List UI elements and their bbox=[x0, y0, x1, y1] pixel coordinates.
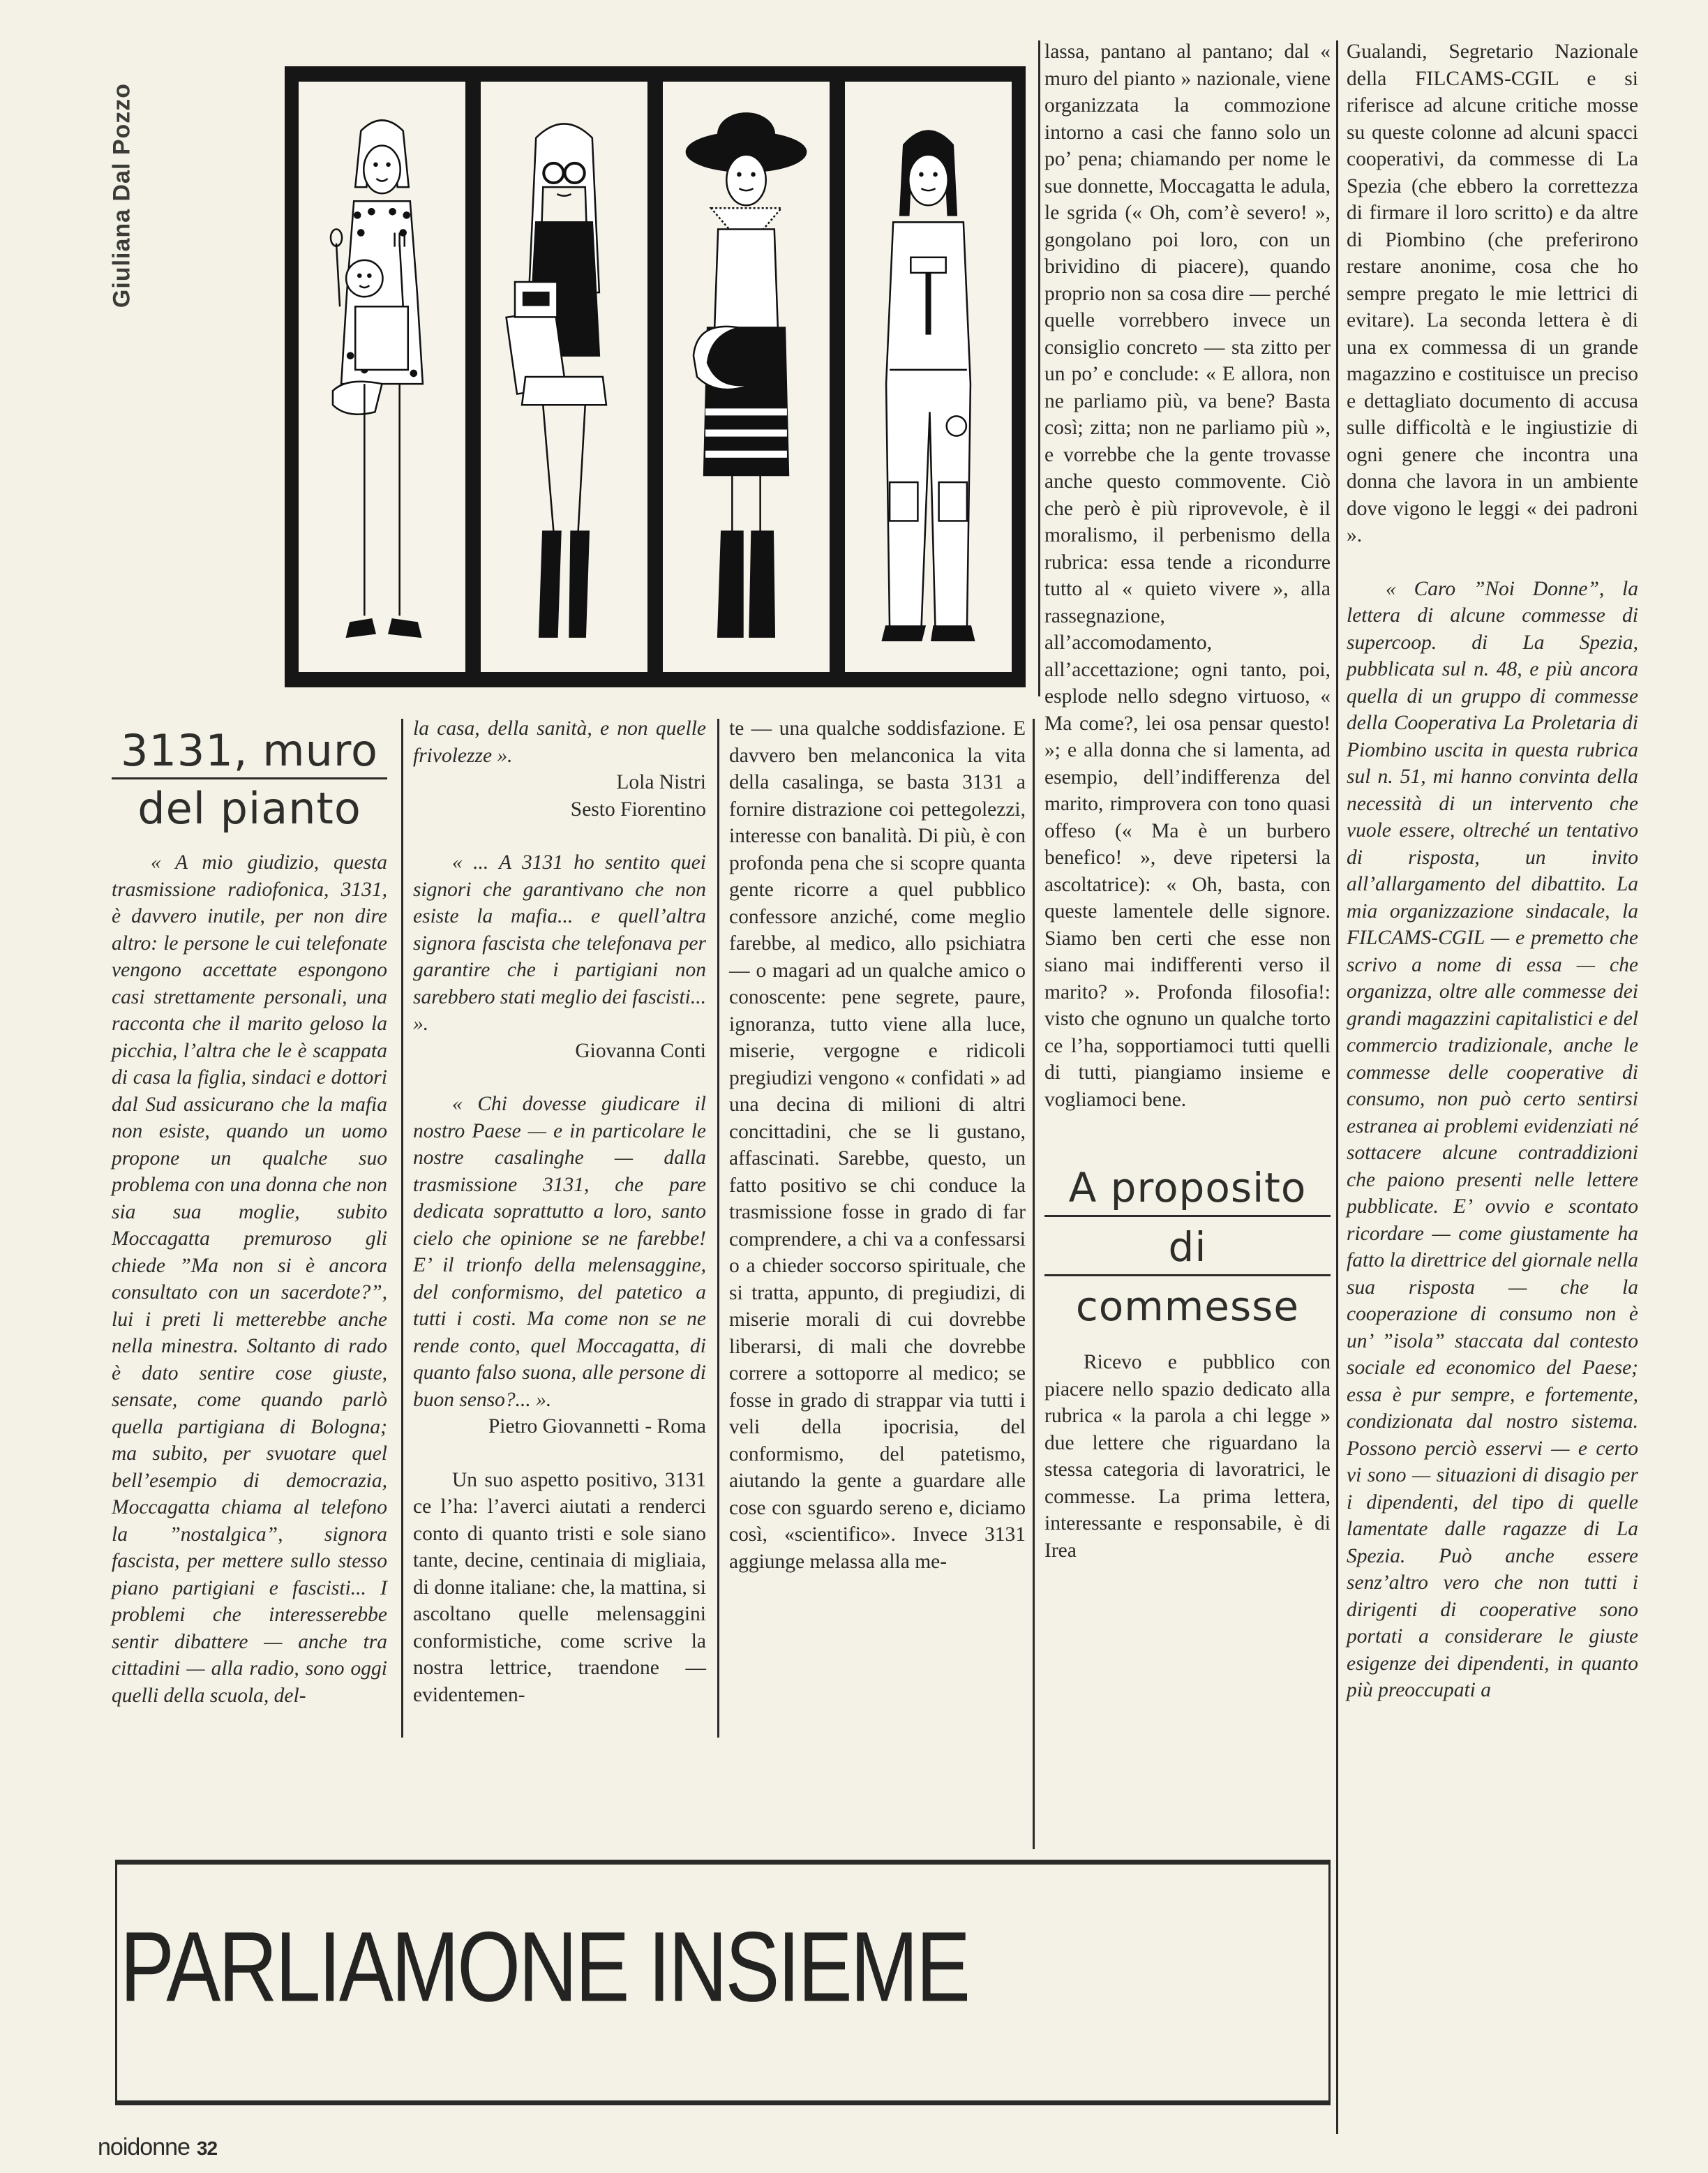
editorial-text: Un suo aspetto positivo, 3131 ce l’ha: l… bbox=[413, 1467, 706, 1709]
article1-headline-line1: 3131, muro bbox=[112, 726, 387, 776]
editorial-text: Ricevo e pubblico con piacere nello spaz… bbox=[1044, 1349, 1331, 1564]
article2-headline-line1: A proposito bbox=[1044, 1162, 1331, 1214]
letter-text: « ... A 3131 ho sentito quei signori che… bbox=[413, 849, 706, 1038]
column-divider bbox=[1033, 719, 1035, 1849]
worker-figure-icon bbox=[845, 82, 1012, 672]
headline-rule bbox=[1044, 1274, 1331, 1276]
page-footer: noidonne32 bbox=[98, 2134, 217, 2161]
letter-signature: Lola Nistri bbox=[413, 769, 706, 796]
letter-signature-place: Sesto Fiorentino bbox=[413, 796, 706, 823]
article1-column2: la casa, della sanità, e non quelle friv… bbox=[413, 715, 706, 1708]
column-divider bbox=[1336, 40, 1338, 2134]
illustration-panel-housewife bbox=[299, 82, 465, 672]
housewife-figure-icon bbox=[299, 82, 465, 672]
illustration-panel-student bbox=[481, 82, 647, 672]
letter-signature: Pietro Giovannetti - Roma bbox=[413, 1413, 706, 1440]
student-figure-icon bbox=[481, 82, 647, 672]
article2-headline-line2: di bbox=[1044, 1221, 1331, 1273]
letter-signature: Giovanna Conti bbox=[413, 1038, 706, 1065]
article1-column1: 3131, muro del pianto « A mio giudizio, … bbox=[112, 726, 387, 1709]
headline-rule bbox=[1044, 1215, 1331, 1217]
letter-text: la casa, della sanità, e non quelle friv… bbox=[413, 715, 706, 769]
headline-rule bbox=[112, 777, 387, 779]
letter-text: « Caro ”Noi Donne”, la lettera di alcune… bbox=[1347, 576, 1638, 1704]
section-banner: PARLIAMONE INSIEME bbox=[115, 1860, 1331, 2105]
editorial-text: lassa, pantano al pantano; dal « muro de… bbox=[1044, 38, 1331, 1113]
letter-text: « A mio giudizio, questa trasmissione ra… bbox=[112, 849, 387, 1709]
author-byline: Giuliana Dal Pozzo bbox=[105, 63, 140, 328]
farmer-figure-icon bbox=[663, 82, 830, 672]
illustration-panel-worker bbox=[845, 82, 1012, 672]
article2-column5: Gualandi, Segretario Nazionale della FIL… bbox=[1347, 38, 1638, 1704]
illustration-four-women bbox=[285, 66, 1026, 687]
page-number: 32 bbox=[197, 2137, 217, 2159]
author-name: Giuliana Dal Pozzo bbox=[109, 83, 136, 308]
editorial-text: Gualandi, Segretario Nazionale della FIL… bbox=[1347, 38, 1638, 549]
editorial-text: te — una qualche soddisfazione. E davver… bbox=[729, 715, 1026, 1575]
illustration-panel-farmer bbox=[663, 82, 830, 672]
column-divider bbox=[717, 719, 719, 1738]
magazine-name: noidonne bbox=[98, 2134, 190, 2160]
article1-headline-line2: del pianto bbox=[112, 784, 387, 834]
column-divider bbox=[1038, 40, 1040, 696]
section-title: PARLIAMONE INSIEME bbox=[120, 1913, 1061, 2019]
article2-headline-line3: commesse bbox=[1044, 1280, 1331, 1332]
article1-column3: te — una qualche soddisfazione. E davver… bbox=[729, 715, 1026, 1575]
letter-text: « Chi dovesse giudicare il nostro Paese … bbox=[413, 1091, 706, 1413]
article2-headline: A proposito di commesse bbox=[1044, 1162, 1331, 1332]
article-column4: lassa, pantano al pantano; dal « muro de… bbox=[1044, 38, 1331, 1564]
column-divider bbox=[401, 719, 403, 1738]
